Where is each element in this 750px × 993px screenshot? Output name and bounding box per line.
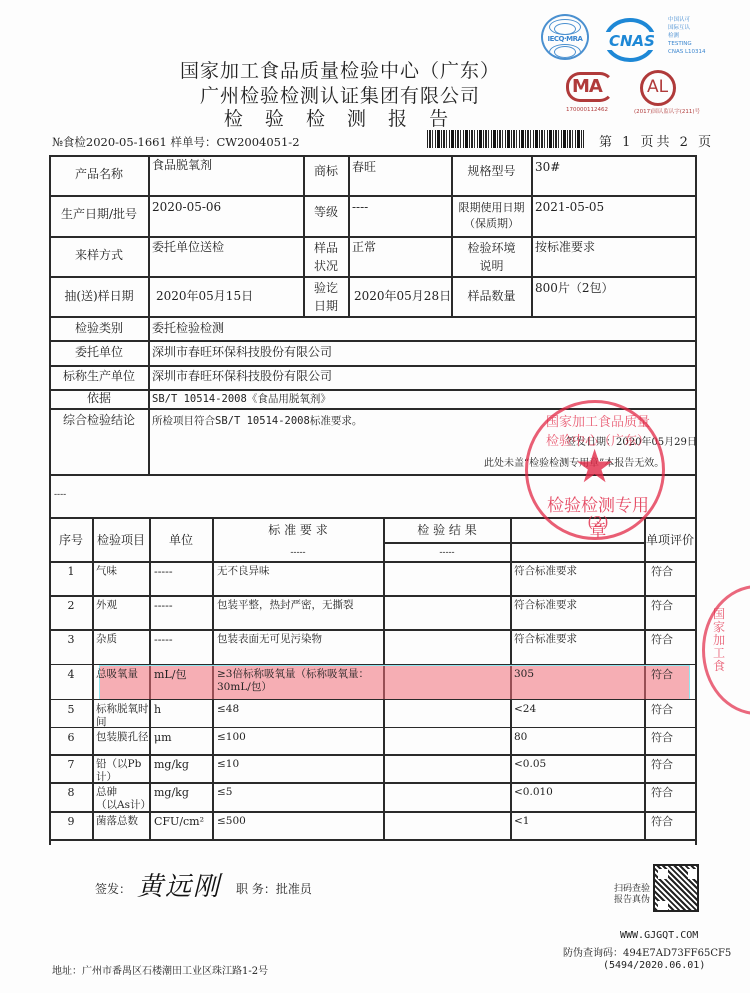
expiry-value: 2021-05-05: [535, 199, 604, 215]
website: WWW.GJGQT.COM: [620, 930, 698, 941]
inspection-report-page: 国家加工食品质量检验中心（广东） 广州检验检测认证集团有限公司 检 验 检 测 …: [0, 0, 750, 993]
row-unit: mg/kg: [154, 786, 212, 799]
grid-line: [49, 664, 696, 666]
sampling-method-label: 来样方式: [50, 247, 148, 263]
row-result: 80: [514, 731, 642, 744]
row-item: 铅（以Pb计）: [96, 758, 149, 784]
header-no: 序号: [50, 532, 92, 548]
grid-line: [49, 595, 696, 597]
barcode-icon: [427, 130, 584, 148]
model-value: 30#: [535, 159, 560, 175]
production-date-value: 2020-05-06: [152, 199, 221, 215]
category-value: 委托检验检测: [152, 320, 224, 336]
row-number: 5: [50, 703, 92, 716]
completion-date-value: 2020年05月28日: [354, 288, 451, 304]
grid-line: [49, 365, 696, 367]
row-result: <0.010: [514, 786, 642, 799]
row-evaluation: 符合: [651, 668, 695, 681]
grid-line: [49, 316, 696, 318]
grid-line: [49, 195, 696, 197]
grid-line: [49, 155, 696, 157]
row-evaluation: 符合: [651, 633, 695, 646]
org-name-line1: 国家加工食品质量检验中心（广东）: [40, 56, 640, 83]
row-item: 菌落总数: [96, 815, 149, 828]
row-evaluation: 符合: [651, 758, 695, 771]
cnas-accreditation-info: 中国认可 国际互认 检测 TESTING CNAS L10314: [668, 16, 706, 56]
row-evaluation: 符合: [651, 703, 695, 716]
row-unit: mL/包: [154, 668, 212, 681]
row-evaluation: 符合: [651, 599, 695, 612]
row-evaluation: 符合: [651, 786, 695, 799]
row-item: 总吸氧量: [96, 668, 149, 681]
qr-label: 扫码查验 报告真伪: [614, 884, 650, 906]
sample-date-value: 2020年05月15日: [156, 288, 253, 304]
production-date-label: 生产日期/批号: [50, 206, 148, 222]
grid-line: [49, 236, 696, 238]
row-requirement: ≤10: [217, 758, 383, 771]
row-unit: mg/kg: [154, 758, 212, 771]
model-label: 规格型号: [452, 163, 531, 179]
basis-label: 依据: [50, 390, 148, 406]
cal-logo-icon: AL: [640, 70, 676, 106]
row-evaluation: 符合: [651, 815, 695, 828]
grid-line: [383, 542, 645, 544]
row-unit: -----: [154, 565, 212, 578]
signature-label: 签发：: [95, 880, 131, 897]
qr-code-icon[interactable]: [653, 864, 699, 912]
row-result: 符合标准要求: [514, 633, 642, 646]
manufacturer-label: 标称生产单位: [50, 368, 148, 384]
conclusion-value: 所检项目符合SB/T 10514-2008标准要求。: [152, 413, 362, 429]
row-item: 气味: [96, 565, 149, 578]
iecq-logo-icon: IECQ·MRA: [541, 14, 589, 60]
sample-date-label: 抽(送)样日期: [50, 288, 148, 304]
row-requirement: 无不良异味: [217, 565, 383, 578]
row-requirement: 包装表面无可见污染物: [217, 633, 383, 646]
row-result: <0.05: [514, 758, 642, 771]
header-requirement-sub: -----: [213, 545, 383, 561]
row-unit: μm: [154, 731, 212, 744]
form-version: (5494/2020.06.01): [603, 960, 705, 971]
row-item: 包装膜孔径: [96, 731, 149, 744]
header-item: 检验项目: [93, 532, 149, 548]
row-requirement: 包装平整，热封严密，无撕裂: [217, 599, 383, 612]
row-result: <24: [514, 703, 642, 716]
completion-date-label: 验讫 日期: [304, 279, 348, 315]
row-item: 总砷 （以As计）: [96, 786, 149, 812]
anti-counterfeit-code: 防伪查询码：494E7AD73FF65CF5: [563, 944, 731, 959]
environment-label: 检验环境 说明: [452, 239, 531, 275]
row-item: 杂质: [96, 633, 149, 646]
row-number: 8: [50, 786, 92, 799]
grid-line: [49, 782, 696, 784]
row-unit: -----: [154, 599, 212, 612]
sample-status-value: 正常: [352, 239, 376, 255]
header-requirement: 标 准 要 求: [213, 522, 383, 538]
header-unit: 单位: [150, 532, 212, 548]
product-name-label: 产品名称: [50, 166, 148, 182]
document-title: 检 验 检 测 报 告: [40, 104, 640, 131]
environment-value: 按标准要求: [535, 239, 595, 255]
row-result: 符合标准要求: [514, 565, 642, 578]
grid-line: [49, 340, 696, 342]
grid-line: [49, 629, 696, 631]
product-name-value: 食品脱氧剂: [152, 157, 212, 173]
row-evaluation: 符合: [651, 731, 695, 744]
report-number: №食检2020-05-1661 样单号：CW2004051-2: [52, 134, 300, 150]
partial-seal-icon: 国家加工食: [702, 585, 750, 715]
grade-label: 等级: [304, 204, 348, 220]
row-requirement: ≤5: [217, 786, 383, 799]
grid-line: [49, 811, 696, 813]
row-result: 305: [514, 668, 642, 681]
manufacturer-value: 深圳市春旺环保科技股份有限公司: [152, 368, 332, 384]
grid-line: [92, 517, 94, 839]
grid-line: [49, 561, 696, 563]
remarks-value: ----: [54, 487, 66, 503]
cnas-logo-icon: CNAS: [604, 18, 656, 62]
cal-number: (2017)国认监认字(211)号: [634, 107, 700, 115]
cma-logo-icon: MA: [566, 72, 614, 102]
row-number: 9: [50, 815, 92, 828]
page-indicator: 第 1 页共 2 页: [599, 131, 714, 150]
client-value: 深圳市春旺环保科技股份有限公司: [152, 344, 332, 360]
sample-quantity-label: 样品数量: [452, 288, 531, 304]
expiry-label: 限期使用日期 （保质期）: [452, 200, 531, 232]
grid-line: [49, 276, 696, 278]
grid-line: [531, 155, 533, 317]
row-requirement: ≤100: [217, 731, 383, 744]
category-label: 检验类别: [50, 320, 148, 336]
row-unit: -----: [154, 633, 212, 646]
row-number: 6: [50, 731, 92, 744]
basis-value: SB/T 10514-2008《食品用脱氧剂》: [152, 391, 331, 407]
sample-status-label: 样品 状况: [304, 239, 348, 275]
signer-role: 职 务：批准员: [236, 880, 312, 897]
row-number: 4: [50, 668, 92, 681]
row-result: 符合标准要求: [514, 599, 642, 612]
client-label: 委托单位: [50, 344, 148, 360]
row-number: 2: [50, 599, 92, 612]
row-item: 标称脱氧时间: [96, 703, 149, 729]
row-item: 外观: [96, 599, 149, 612]
brand-label: 商标: [304, 163, 348, 179]
row-unit: h: [154, 703, 212, 716]
row-unit: CFU/cm²: [154, 815, 212, 828]
grade-value: ----: [352, 199, 368, 215]
official-seal-icon: 国家加工食品质量检验中心（广东） ★ 检验检测专用章 (2): [525, 400, 665, 540]
grid-line: [49, 699, 696, 701]
grid-line: [49, 839, 696, 841]
row-requirement: ≥3倍标称吸氧量（标称吸氧量：30mL/包）: [217, 668, 383, 694]
row-result: <1: [514, 815, 642, 828]
row-requirement: ≤500: [217, 815, 383, 828]
brand-value: 春旺: [352, 159, 376, 175]
grid-line: [49, 754, 696, 756]
address: 地址：广州市番禺区石楼潮田工业区珠江路1-2号: [52, 962, 268, 977]
grid-line: [695, 155, 697, 845]
row-number: 3: [50, 633, 92, 646]
row-number: 7: [50, 758, 92, 771]
row-evaluation: 符合: [651, 565, 695, 578]
sample-quantity-value: 800片（2包）: [535, 280, 614, 296]
grid-line: [348, 155, 350, 317]
grid-line: [148, 155, 150, 475]
row-requirement: ≤48: [217, 703, 383, 716]
sampling-method-value: 委托单位送检: [152, 239, 224, 255]
header-result-sub: -----: [384, 545, 510, 561]
row-number: 1: [50, 565, 92, 578]
signature: 黄远刚: [137, 866, 221, 903]
grid-line: [49, 727, 696, 729]
conclusion-label: 综合检验结论: [50, 412, 148, 428]
cma-number: 170000112462: [566, 107, 608, 113]
header-result: 检 验 结 果: [384, 522, 510, 538]
